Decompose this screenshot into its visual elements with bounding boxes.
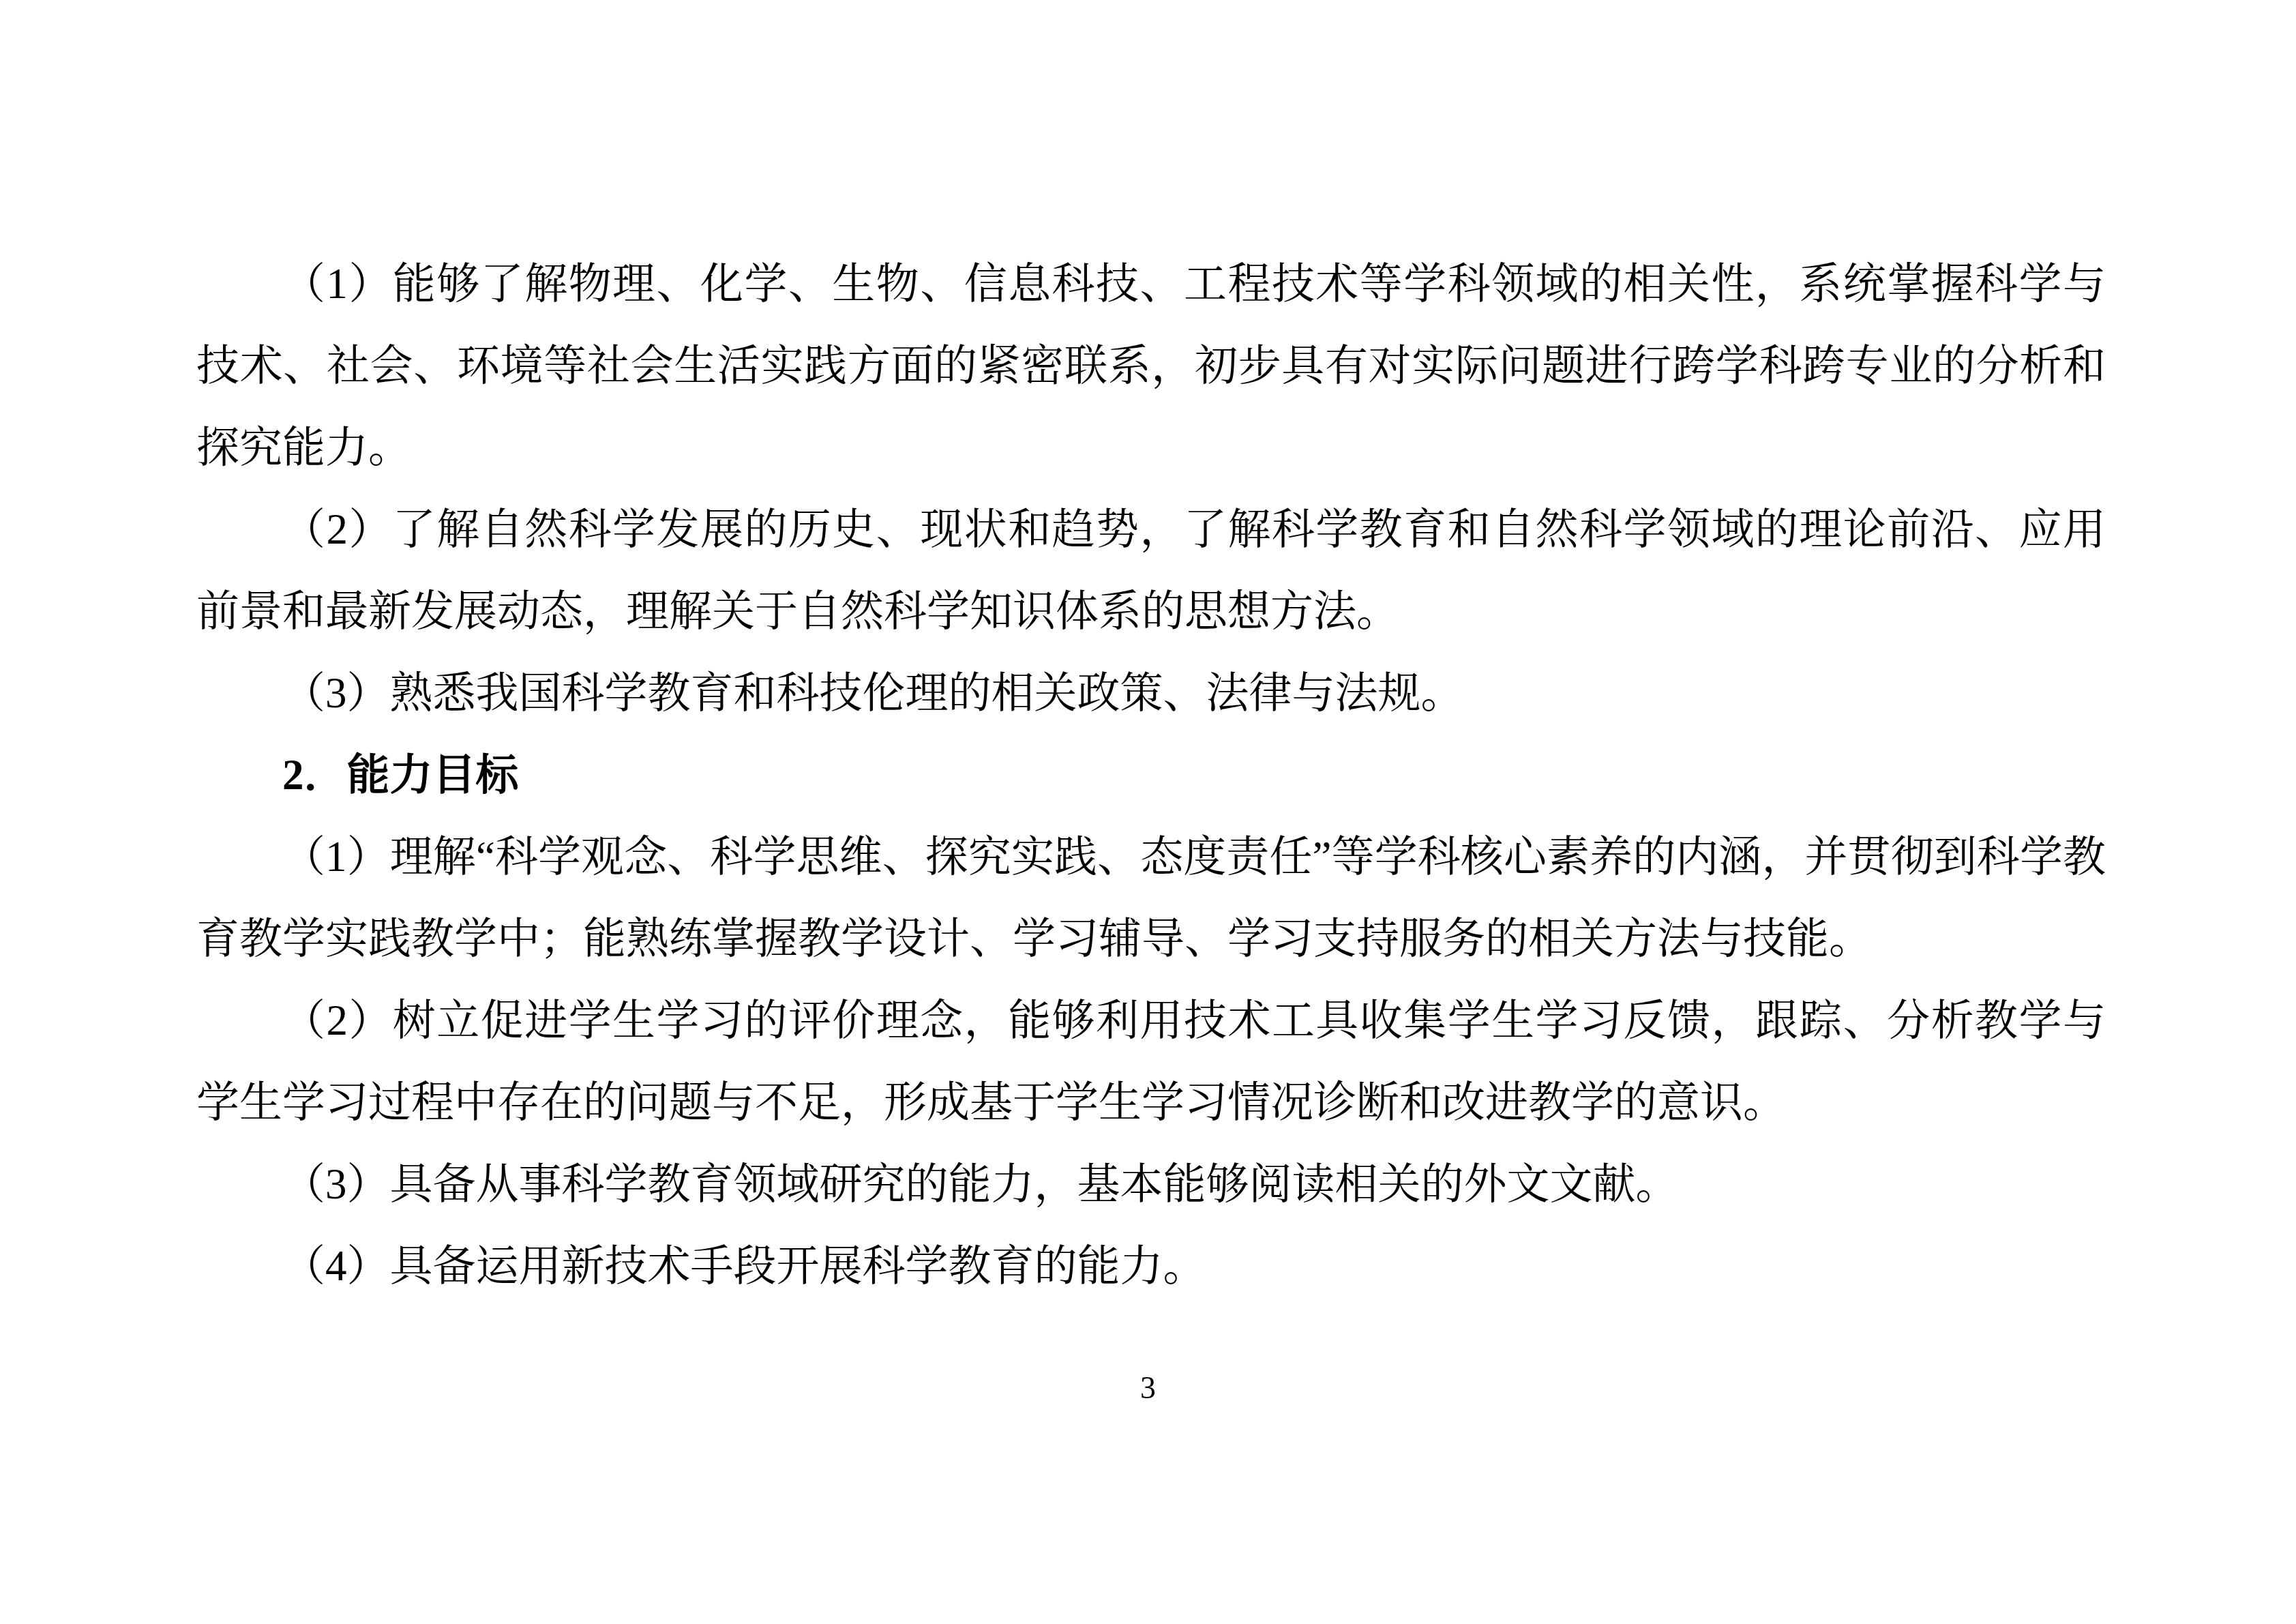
paragraph-ability-goal-2: （2）树立促进学生学习的评价理念，能够利用技术工具收集学生学习反馈，跟踪、分析教…: [196, 979, 2106, 1143]
paragraph-knowledge-goal-2: （2）了解自然科学发展的历史、现状和趋势，了解科学教育和自然科学领域的理论前沿、…: [196, 488, 2106, 652]
paragraph-knowledge-goal-1: （1）能够了解物理、化学、生物、信息科技、工程技术等学科领域的相关性，系统掌握科…: [196, 243, 2106, 488]
document-body: （1）能够了解物理、化学、生物、信息科技、工程技术等学科领域的相关性，系统掌握科…: [196, 243, 2106, 1307]
page-number: 3: [0, 1371, 2296, 1406]
paragraph-ability-goal-4: （4）具备运用新技术手段开展科学教育的能力。: [196, 1225, 2106, 1307]
document-page: （1）能够了解物理、化学、生物、信息科技、工程技术等学科领域的相关性，系统掌握科…: [0, 0, 2296, 1624]
paragraph-knowledge-goal-3: （3）熟悉我国科学教育和科技伦理的相关政策、法律与法规。: [196, 652, 2106, 734]
section-heading-ability-goals: 2．能力目标: [196, 734, 2106, 816]
paragraph-ability-goal-1: （1）理解“科学观念、科学思维、探究实践、态度责任”等学科核心素养的内涵，并贯彻…: [196, 816, 2106, 979]
paragraph-ability-goal-3: （3）具备从事科学教育领域研究的能力，基本能够阅读相关的外文文献。: [196, 1143, 2106, 1225]
